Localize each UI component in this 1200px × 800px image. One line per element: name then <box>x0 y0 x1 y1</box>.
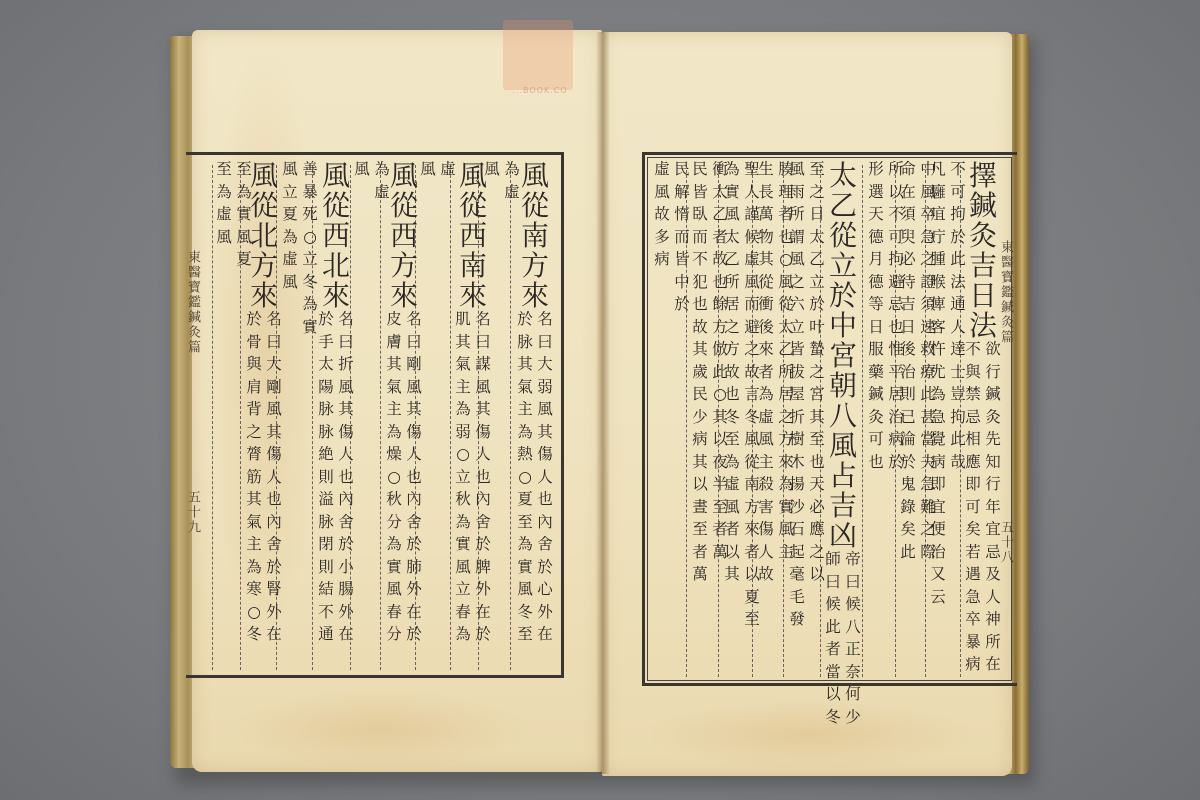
paper-stain <box>640 700 980 770</box>
book-gutter <box>596 32 610 774</box>
text-column: 形選天德月德等日服藥鍼灸可也所以不可拘避忌也惟平居治病於 <box>866 162 906 477</box>
text-column: 至為虛風至為實風夏 <box>214 162 254 275</box>
seal-caption: ...BOOK.CO <box>500 86 580 95</box>
annotation-line: 名曰大弱風其傷人也內舍於心外在 <box>535 312 555 650</box>
annotation-line: 形選天德月德等日服藥鍼灸可也 <box>866 162 886 477</box>
annotation-line: 虛 <box>438 162 458 185</box>
annotation-line: 於手太陽脉脉絶則溢脉閉則結不通 <box>316 312 336 650</box>
double-line-annotation: 皮膚其氣主為燥○秋分為實風春分名曰剛風其傷人也內舍於肺外在於 <box>384 312 424 650</box>
double-line-annotation: 風立夏為虛風善暴死○立冬為實 <box>280 162 320 342</box>
annotation-line: 虛風故多病 <box>652 162 672 275</box>
double-line-annotation: 於手太陽脉脉絶則溢脉閉則結不通名曰折風其傷人也內舍於小腸外在 <box>316 312 356 650</box>
column-heading: 風從西南來 <box>459 162 487 312</box>
text-column: 風為虛 <box>352 162 392 207</box>
column-rule <box>510 165 511 670</box>
collection-seal-watermark <box>503 20 573 90</box>
left-margin-page-number: 五十九 <box>183 490 202 535</box>
annotation-line: 名曰大剛風其傷人也內舍於腎外在 <box>264 312 284 650</box>
annotation-line: 至之日太乙立於叶蟄之宮其至也天必應之以 <box>807 162 827 590</box>
annotation-line: 中風卒急之證須速救療此甚當夫急難之際 <box>918 162 938 567</box>
annotation-line: 名曰謀風其傷人也內舍於脾外在於 <box>473 312 493 650</box>
text-column: 風從西北來於手太陽脉脉絶則溢脉閉則結不通名曰折風其傷人也內舍於小腸外在 <box>316 162 356 650</box>
text-column: 風從西南來肌其氣主為弱○立秋為實風立春為名曰謀風其傷人也內舍於脾外在於 <box>453 162 493 650</box>
double-line-annotation: 肌其氣主為弱○立秋為實風立春為名曰謀風其傷人也內舍於脾外在於 <box>453 312 493 650</box>
annotation-line: 名曰折風其傷人也內舍於小腸外在 <box>336 312 356 650</box>
column-heading: 太乙從立於中宮朝八風占吉凶 <box>829 162 857 552</box>
text-column: 風從南方來於脉其氣主為熱○夏至為實風冬至名曰大弱風其傷人也內舍於心外在 <box>515 162 555 650</box>
double-line-annotation: 於脉其氣主為熱○夏至為實風冬至名曰大弱風其傷人也內舍於心外在 <box>515 312 555 650</box>
text-column: 風虛 <box>418 162 458 185</box>
annotation-line: 民解惰而皆中於 <box>672 162 692 320</box>
annotation-line: 衝太乙者故也餘方倣此○其以夜半至者萬 <box>710 162 730 567</box>
annotation-line: 至為實風夏 <box>234 162 254 275</box>
text-column: 擇鍼灸吉日法不與禁忌相應即可矣若遇急卒暴病欲行鍼灸先知行年宜忌及人神所在 <box>963 162 1003 680</box>
double-line-annotation: 於骨與肩背之膂筋其氣主為寒○冬名曰大剛風其傷人也內舍於腎外在 <box>244 312 284 650</box>
column-rule <box>380 165 381 670</box>
left-margin-title: 東醫寶鑑鍼灸篇 <box>183 250 202 355</box>
column-heading: 風從北方來 <box>250 162 278 312</box>
annotation-line: 於骨與肩背之膂筋其氣主為寒○冬 <box>244 312 264 650</box>
column-rule <box>450 165 451 670</box>
text-column: 虛風故多病民解惰而皆中於 <box>652 162 692 320</box>
column-heading: 風從南方來 <box>521 162 549 312</box>
annotation-line: 不可拘於此法通人達士豈拘此哉 <box>948 162 968 477</box>
annotation-line: 民皆臥而不犯也故其歲民少病其以晝至者萬 <box>690 162 710 590</box>
annotation-line: 所以不可拘避忌也惟平居治病於 <box>886 162 906 477</box>
double-line-annotation: 虛風故多病民解惰而皆中於 <box>652 162 692 320</box>
annotation-line: 欲行鍼灸先知行年宜忌及人神所在 <box>983 342 1003 680</box>
text-column: 風立夏為虛風善暴死○立冬為實 <box>280 162 320 342</box>
text-column: 太乙從立於中宮朝八風占吉凶師曰候此者當以冬帝曰候八正奈何少 <box>823 162 863 732</box>
text-column: 風從西方來皮膚其氣主為燥○秋分為實風春分名曰剛風其傷人也內舍於肺外在於 <box>384 162 424 650</box>
double-line-annotation: 風為虛 <box>352 162 392 207</box>
paper-stain <box>230 690 530 770</box>
text-column: 民皆臥而不犯也故其歲民少病其以晝至者萬衝太乙者故也餘方倣此○其以夜半至者萬 <box>690 162 730 590</box>
double-line-annotation: 風虛 <box>418 162 458 185</box>
annotation-line: 為虛 <box>502 162 522 207</box>
annotation-line: 為虛 <box>372 162 392 207</box>
double-line-annotation: 民皆臥而不犯也故其歲民少病其以晝至者萬衝太乙者故也餘方倣此○其以夜半至者萬 <box>690 162 730 590</box>
annotation-line: 善暴死○立冬為實 <box>300 162 320 342</box>
annotation-line: 帝曰候八正奈何少 <box>843 552 863 732</box>
double-line-annotation: 至為虛風至為實風夏 <box>214 162 254 275</box>
annotation-line: 皮膚其氣主為燥○秋分為實風春分 <box>384 312 404 650</box>
text-column: 生長萬物其從衝後來者為虛風主殺害傷人故腠理者也○風從太乙所居之方來為實風主 <box>756 162 796 590</box>
double-line-annotation: 不與禁忌相應即可矣若遇急卒暴病欲行鍼灸先知行年宜忌及人神所在 <box>963 342 1003 680</box>
annotation-line: 腠理者也○風從太乙所居之方來為實風主 <box>776 162 796 567</box>
annotation-line: 肌其氣主為弱○立秋為實風立春為 <box>453 312 473 650</box>
annotation-line: 名曰剛風其傷人也內舍於肺外在於 <box>404 312 424 650</box>
annotation-line: 聖人謹候虛風而避之故言冬風從南方來者以夏至 <box>742 162 762 635</box>
annotation-line: 至為虛風 <box>214 162 234 252</box>
column-rule <box>212 165 213 670</box>
double-line-annotation: 形選天德月德等日服藥鍼灸可也所以不可拘避忌也惟平居治病於 <box>866 162 906 477</box>
column-heading: 風從西方來 <box>390 162 418 312</box>
double-line-annotation: 師曰候此者當以冬帝曰候八正奈何少 <box>823 552 863 732</box>
column-heading: 擇鍼灸吉日法 <box>969 162 997 342</box>
annotation-line: 於脉其氣主為熱○夏至為實風冬至 <box>515 312 535 650</box>
double-line-annotation: 生長萬物其從衝後來者為虛風主殺害傷人故腠理者也○風從太乙所居之方來為實風主 <box>756 162 796 590</box>
column-heading: 風從西北來 <box>322 162 350 312</box>
